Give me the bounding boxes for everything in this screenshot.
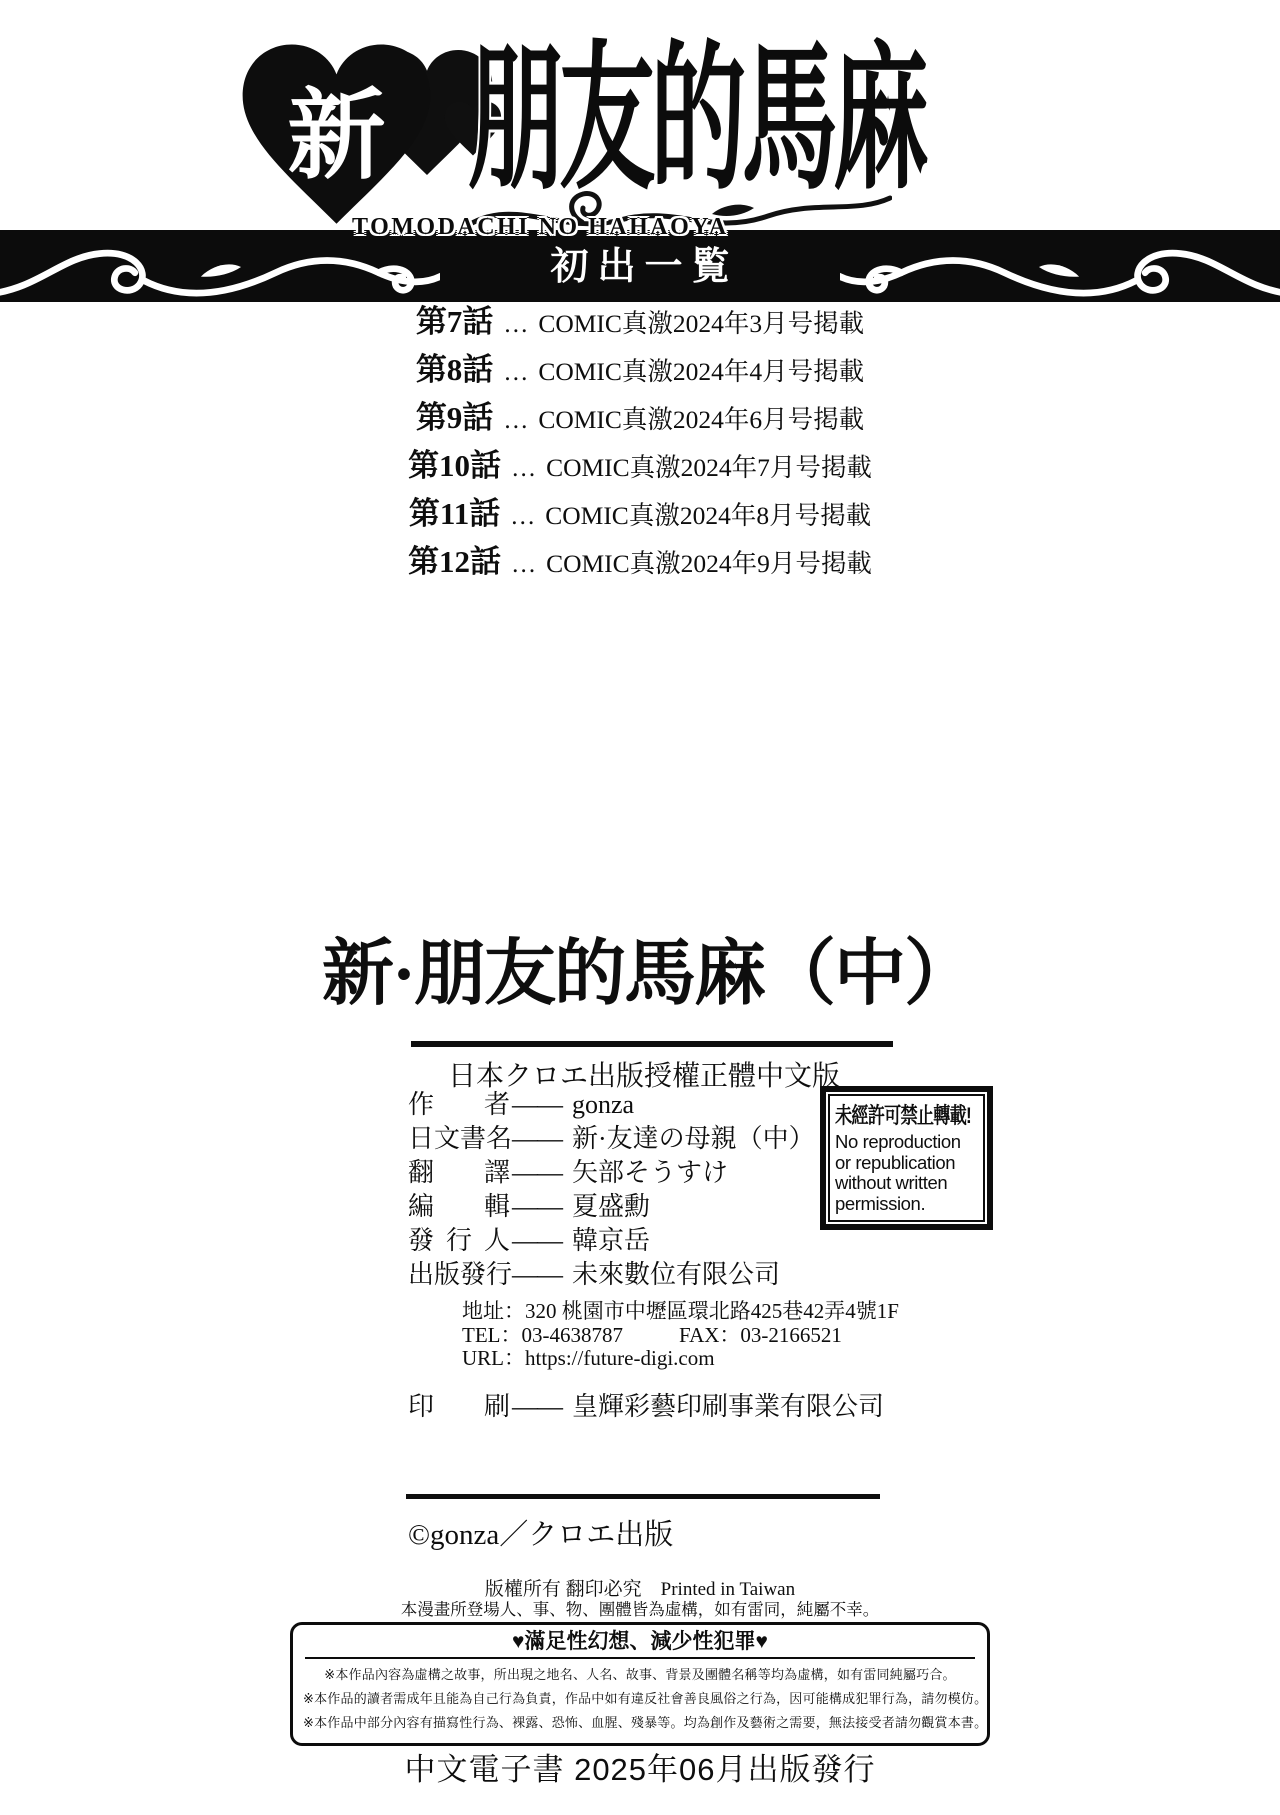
fiction-disclaimer: 本漫畫所登場人、事、物、團體皆為虛構，如有雷同，純屬不幸。 xyxy=(0,1596,1280,1620)
credit-dash: —— xyxy=(512,1124,562,1153)
credit-label: 作者 xyxy=(408,1088,510,1122)
credit-label: 翻譯 xyxy=(408,1156,510,1190)
publisher-telfax: TEL：03-4638787 FAX：03-2166521 xyxy=(462,1324,899,1348)
title-underline xyxy=(411,1041,893,1047)
credit-label: 編輯 xyxy=(408,1190,510,1224)
credit-dash: —— xyxy=(512,1158,562,1187)
chapter-row: 第8話…COMIC真激2024年4月号掲載 xyxy=(0,346,1280,394)
chapter-number: 第8話 xyxy=(416,352,494,387)
publisher-tel: TEL：03-4638787 xyxy=(462,1324,623,1348)
publisher-url: URL：https://future-digi.com xyxy=(462,1347,899,1371)
credit-value: gonza xyxy=(572,1090,634,1119)
chapter-separator: … xyxy=(511,551,536,578)
chapter-separator: … xyxy=(503,311,528,338)
content-warning-title: ♥滿足性幻想、減少性犯罪♥ xyxy=(303,1629,977,1655)
chapter-source: COMIC真激2024年9月号掲載 xyxy=(546,549,872,578)
credit-row-translator: 翻譯——矢部そうすけ xyxy=(408,1156,815,1190)
chapter-separator: … xyxy=(503,359,528,386)
credit-label: 發行人 xyxy=(408,1224,510,1258)
book-title: 新·朋友的馬麻（中） xyxy=(0,938,1280,1010)
content-warning-divider xyxy=(305,1657,975,1659)
publisher-address: 地址：320 桃園市中壢區環北路425巷42弄4號1F xyxy=(462,1300,899,1324)
chapter-source: COMIC真激2024年7月号掲載 xyxy=(546,453,872,482)
credit-row-publishing-company: 出版發行——未來數位有限公司 xyxy=(408,1258,815,1292)
credit-row-author: 作者——gonza xyxy=(408,1088,815,1122)
chapter-row: 第9話…COMIC真激2024年6月号掲載 xyxy=(0,394,1280,442)
chapter-separator: … xyxy=(510,503,535,530)
chapter-number: 第9話 xyxy=(416,400,494,435)
chapter-source: COMIC真激2024年6月号掲載 xyxy=(538,405,864,434)
colophon-page: 新 朋友的馬麻 TOMODACHI NO HAHAOYA xyxy=(0,0,1280,1815)
chapter-number: 第7話 xyxy=(416,304,494,339)
logo-shin-character: 新 xyxy=(229,88,444,186)
content-warning-note: ※本作品中部分內容有描寫性行為、裸露、恐怖、血腥、殘暴等。均為創作及藝術之需要，… xyxy=(303,1711,977,1735)
chapter-list: 第7話…COMIC真激2024年3月号掲載 第8話…COMIC真激2024年4月… xyxy=(0,298,1280,586)
credit-value: 新·友達の母親（中） xyxy=(572,1124,815,1153)
credit-label: 印刷 xyxy=(408,1390,510,1424)
copyright-line: ©gonza／クロエ出版 xyxy=(408,1512,673,1553)
no-reproduction-body: No reproduction or republication without… xyxy=(835,1132,978,1214)
chapter-number: 第12話 xyxy=(408,544,501,579)
chapter-source: COMIC真激2024年3月号掲載 xyxy=(538,309,864,338)
chapter-row: 第7話…COMIC真激2024年3月号掲載 xyxy=(0,298,1280,346)
credit-label: 日文書名 xyxy=(408,1122,510,1156)
credit-value: 未來數位有限公司 xyxy=(572,1260,780,1289)
credits-block: 作者——gonza 日文書名——新·友達の母親（中） 翻譯——矢部そうすけ 編輯… xyxy=(408,1088,815,1292)
credit-value: 韓京岳 xyxy=(572,1226,650,1255)
chapter-separator: … xyxy=(503,407,528,434)
chapter-row: 第12話…COMIC真激2024年9月号掲載 xyxy=(0,538,1280,586)
chapter-row: 第10話…COMIC真激2024年7月号掲載 xyxy=(0,442,1280,490)
logo-romaji: TOMODACHI NO HAHAOYA xyxy=(352,214,729,241)
credit-dash: —— xyxy=(512,1226,562,1255)
no-reproduction-title: 未經許可禁止轉載! xyxy=(835,1099,947,1130)
no-reproduction-inner: 未經許可禁止轉載! No reproduction or republicati… xyxy=(828,1094,985,1222)
credit-value: 夏盛勳 xyxy=(572,1192,650,1221)
ebook-release-line: 中文電子書 2025年06月出版發行 xyxy=(0,1744,1280,1789)
credit-row-printer: 印刷——皇輝彩藝印刷事業有限公司 xyxy=(408,1390,884,1424)
publisher-fax: FAX：03-2166521 xyxy=(679,1324,842,1348)
credit-label: 出版發行 xyxy=(408,1258,510,1292)
content-warning-box: ♥滿足性幻想、減少性犯罪♥ ※本作品內容為虛構之故事，所出現之地名、人名、故事、… xyxy=(290,1622,990,1746)
credit-dash: —— xyxy=(512,1192,562,1221)
credit-dash: —— xyxy=(512,1260,562,1289)
no-reproduction-box: 未經許可禁止轉載! No reproduction or republicati… xyxy=(820,1086,993,1230)
chapter-source: COMIC真激2024年8月号掲載 xyxy=(545,501,871,530)
logo-title: 朋友的馬麻 xyxy=(468,40,924,200)
content-warning-note: ※本作品內容為虛構之故事，所出現之地名、人名、故事、背景及團體名稱等均為虛構，如… xyxy=(303,1663,977,1687)
credit-row-publisher-person: 發行人——韓京岳 xyxy=(408,1224,815,1258)
credit-value: 矢部そうすけ xyxy=(572,1158,728,1187)
chapter-number: 第11話 xyxy=(409,496,500,531)
copyright-divider xyxy=(406,1494,880,1499)
chapter-source: COMIC真激2024年4月号掲載 xyxy=(538,357,864,386)
credit-row-editor: 編輯——夏盛勳 xyxy=(408,1190,815,1224)
chapter-number: 第10話 xyxy=(408,448,501,483)
credit-dash: —— xyxy=(512,1090,562,1119)
content-warning-note: ※本作品的讀者需成年且能為自己行為負責，作品中如有違反社會善良風俗之行為，因可能… xyxy=(303,1687,977,1711)
publisher-contact-block: 地址：320 桃園市中壢區環北路425巷42弄4號1F TEL：03-46387… xyxy=(462,1300,899,1371)
credit-row-jp-title: 日文書名——新·友達の母親（中） xyxy=(408,1122,815,1156)
credit-dash: —— xyxy=(512,1392,562,1421)
chapter-row: 第11話…COMIC真激2024年8月号掲載 xyxy=(0,490,1280,538)
credit-value: 皇輝彩藝印刷事業有限公司 xyxy=(572,1392,884,1421)
chapter-separator: … xyxy=(511,455,536,482)
